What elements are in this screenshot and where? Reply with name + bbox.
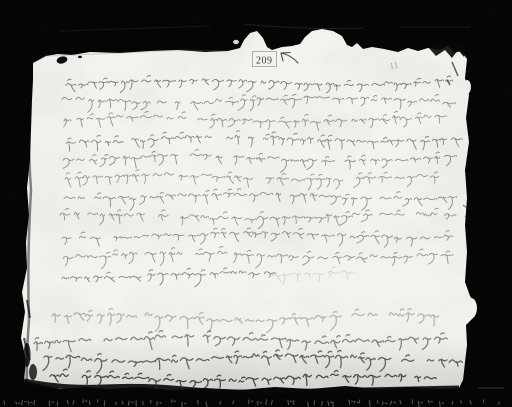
left-edge-blotch [29, 364, 37, 380]
manuscript-photo: 209 11 [0, 0, 512, 407]
manuscript-scene: 209 11 [0, 0, 512, 407]
page-number-text: 209 [256, 56, 273, 67]
ink-blotch [78, 56, 82, 58]
folio-mark: 11 [389, 60, 399, 71]
torn-paper-fragment [233, 40, 239, 44]
